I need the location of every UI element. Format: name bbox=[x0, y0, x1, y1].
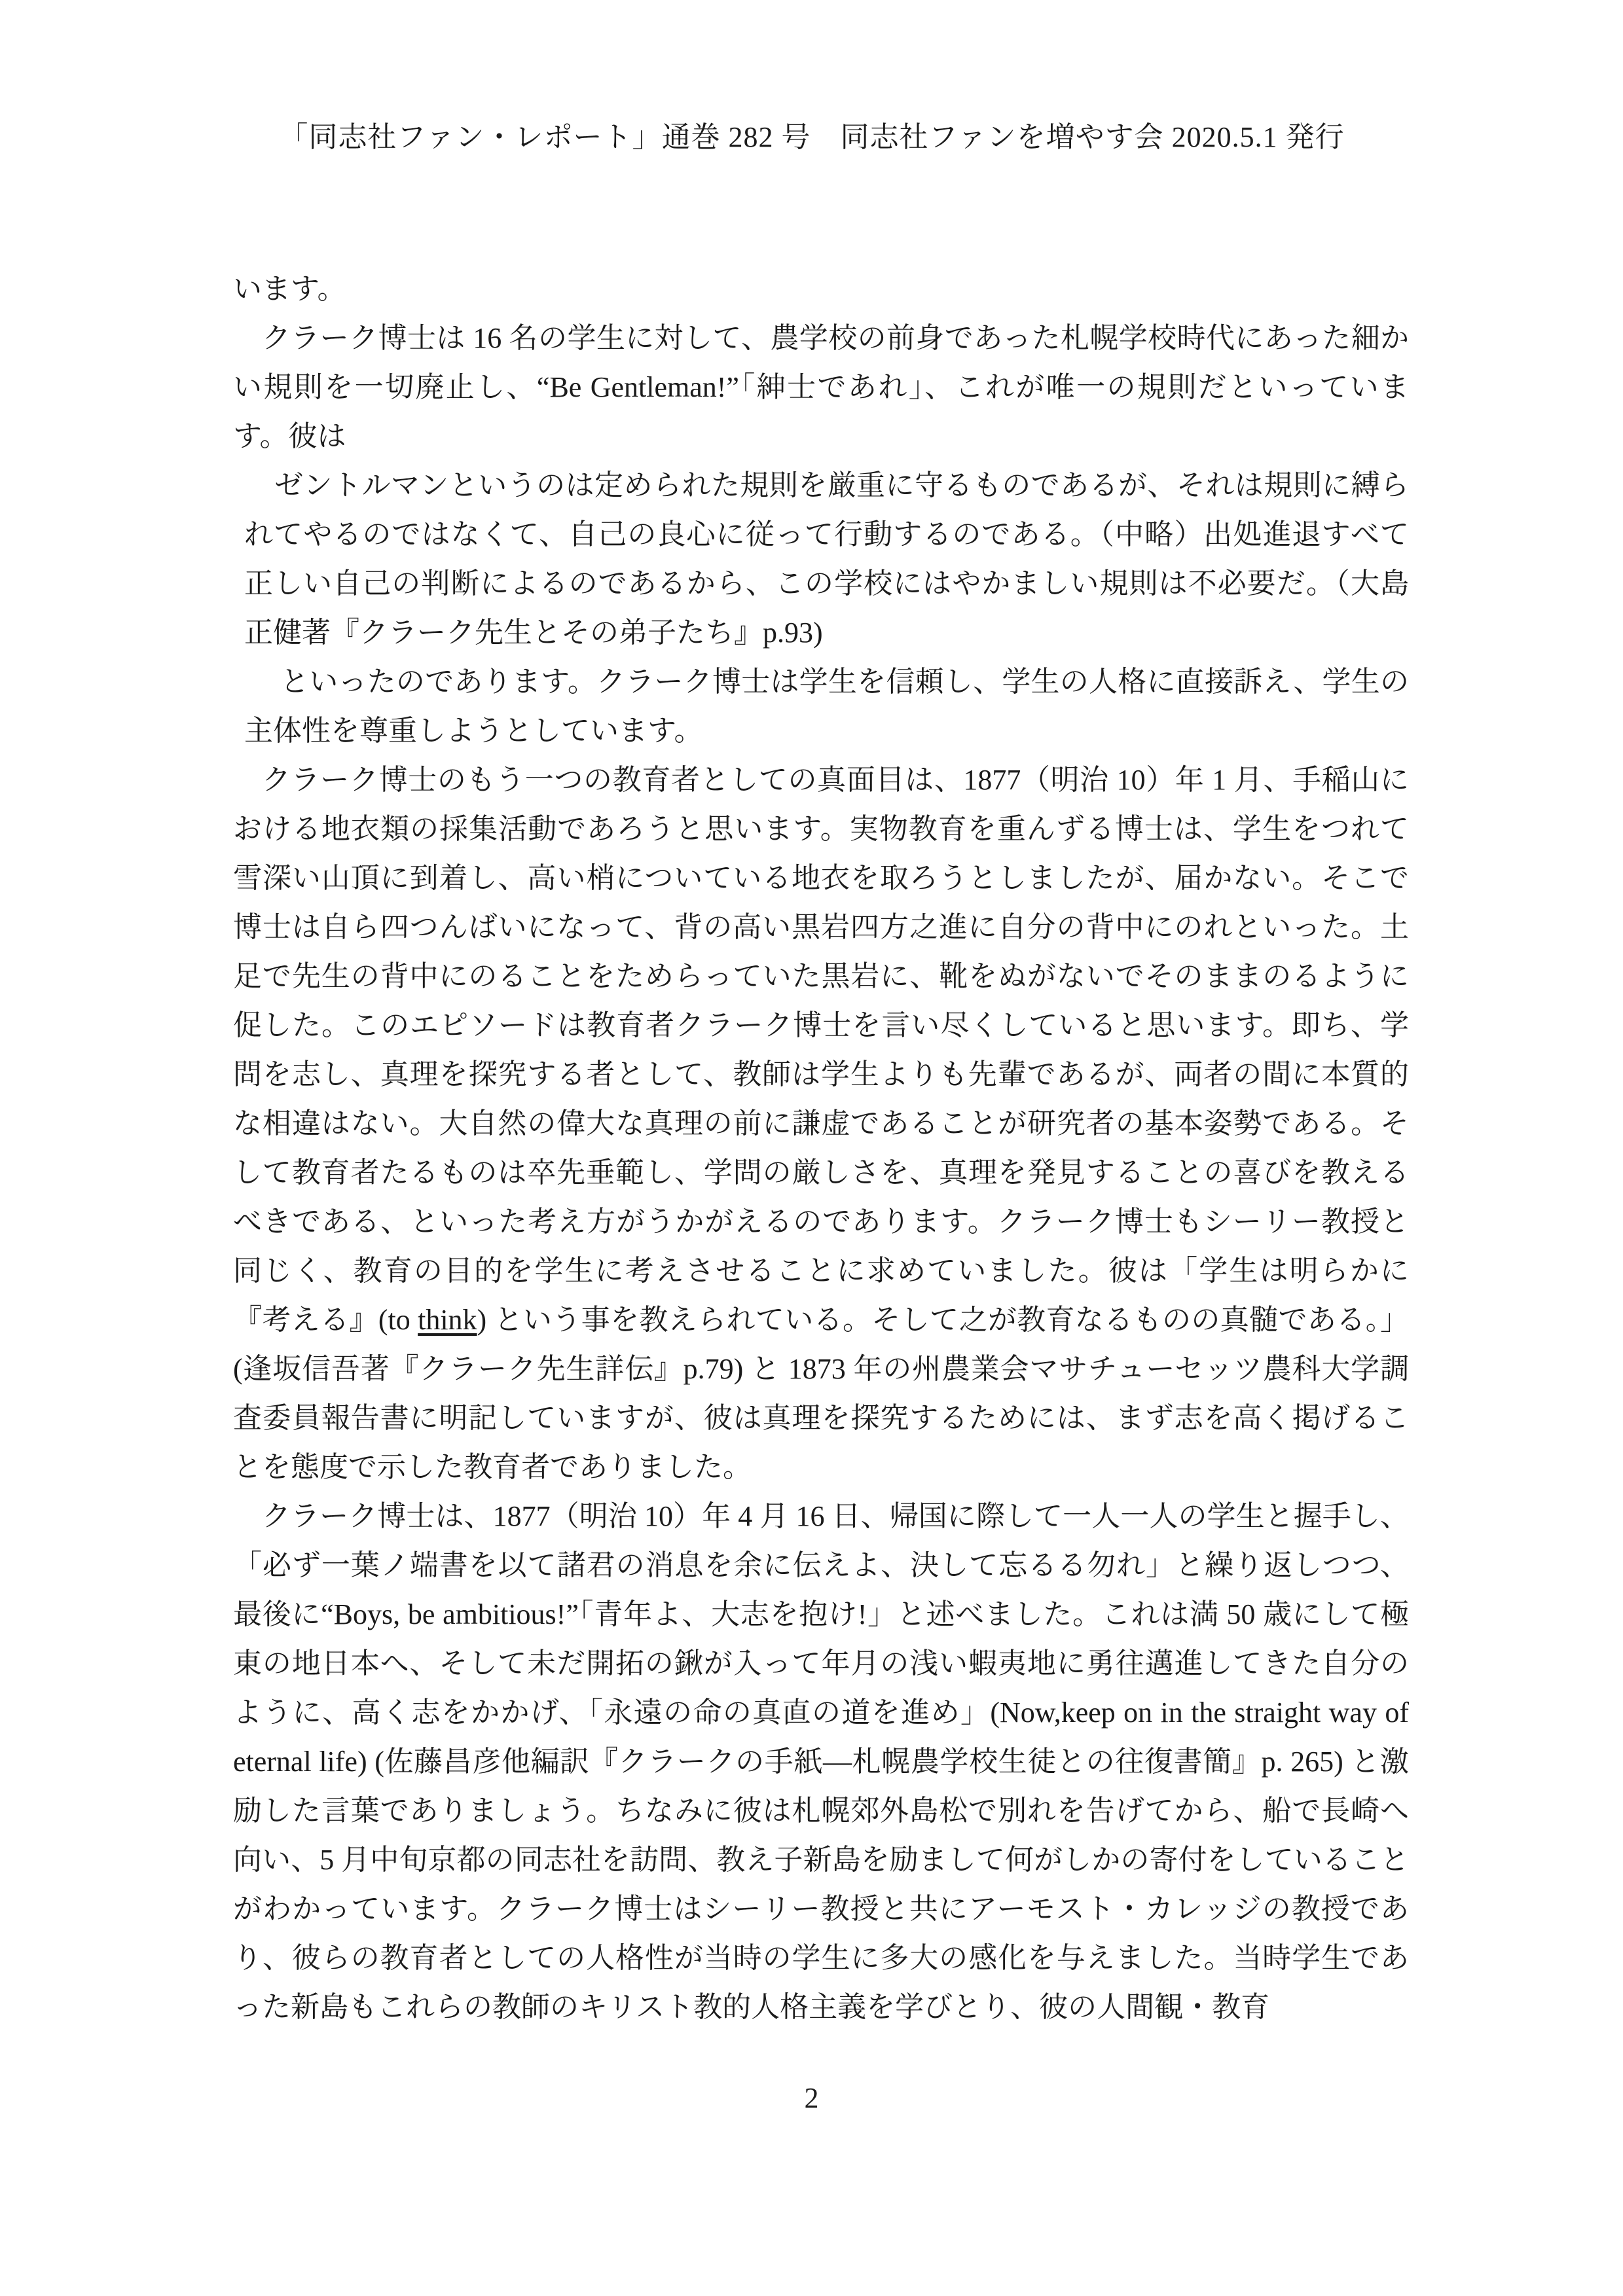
paragraph: ゼントルマンというのは定められた規則を厳重に守るものであるが、それは規則に縛られ… bbox=[244, 461, 1409, 657]
text-run: クラーク博士は、1877（明治 10）年 4 月 16 日、帰国に際して一人一人… bbox=[233, 1500, 1409, 2023]
paragraph: クラーク博士は、1877（明治 10）年 4 月 16 日、帰国に際して一人一人… bbox=[233, 1492, 1409, 2032]
paragraph: といったのであります。クラーク博士は学生を信頼し、学生の人格に直接訴え、学生の主… bbox=[244, 657, 1409, 755]
text-run: といったのであります。クラーク博士は学生を信頼し、学生の人格に直接訴え、学生の主… bbox=[244, 666, 1409, 747]
page-header: 「同志社ファン・レポート」通巻 282 号 同志社ファンを増やす会 2020.5… bbox=[223, 118, 1401, 157]
paragraph: います。 bbox=[233, 264, 1409, 314]
text-run: クラーク博士は 16 名の学生に対して、農学校の前身であった札幌学校時代にあった… bbox=[233, 322, 1409, 452]
document-page: 「同志社ファン・レポート」通巻 282 号 同志社ファンを増やす会 2020.5… bbox=[0, 0, 1623, 2296]
paragraph: クラーク博士は 16 名の学生に対して、農学校の前身であった札幌学校時代にあった… bbox=[233, 314, 1409, 461]
text-run: クラーク博士のもう一つの教育者としての真面目は、1877（明治 10）年 1 月… bbox=[233, 764, 1409, 1336]
text-run: ゼントルマンというのは定められた規則を厳重に守るものであるが、それは規則に縛られ… bbox=[244, 469, 1409, 649]
page-number: 2 bbox=[0, 2079, 1623, 2118]
paragraph: クラーク博士のもう一つの教育者としての真面目は、1877（明治 10）年 1 月… bbox=[233, 755, 1409, 1492]
body-text: います。クラーク博士は 16 名の学生に対して、農学校の前身であった札幌学校時代… bbox=[233, 264, 1409, 2032]
text-run: います。 bbox=[233, 273, 346, 305]
underlined-text: think bbox=[418, 1304, 477, 1336]
